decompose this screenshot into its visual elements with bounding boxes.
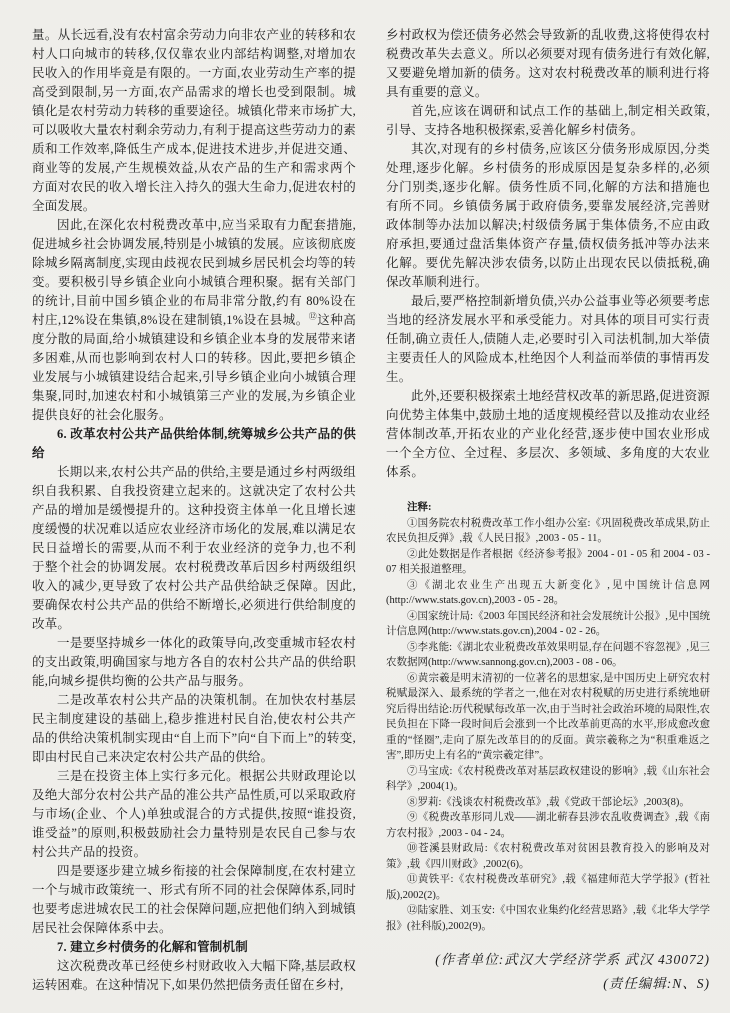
article-footer: (作者单位:武汉大学经济学系 武汉 430072) (责任编辑:N、S) <box>386 948 710 996</box>
notes-heading: 注释: <box>386 500 710 516</box>
paragraph: 三是在投资主体上实行多元化。根据公共财政理论以及绝大部分农村公共产品的准公共产品… <box>32 767 356 862</box>
note-item-5: ⑤李兆能:《湖北农业税费改革效果明显,存在问题不容忽视》,见三农数据网(http… <box>386 640 710 671</box>
note-item-1: ①国务院农村税费改革工作小组办公室:《巩固税费改革成果,防止农民负担反弹》,载《… <box>386 516 710 547</box>
note-item-12: ⑫陆家胜、刘玉安:《中国农业集约化经营思路》,载《北华大学学报》(社科版),20… <box>386 903 710 934</box>
note-item-10: ⑩苍溪县财政局:《农村税费改革对贫困县教育投入的影响及对策》,载《四川财政》,2… <box>386 841 710 872</box>
note-item-7: ⑦马宝成:《农村税费改革对基层政权建设的影响》,载《山东社会科学》,2004(1… <box>386 764 710 795</box>
note-item-2: ②此处数据是作者根据《经济参考报》2004 - 01 - 05 和 2004 -… <box>386 547 710 578</box>
editor-note: (责任编辑:N、S) <box>386 972 710 996</box>
scanned-paper-page: 量。从长远看,没有农村富余劳动力向非农产业的转移和农村人口向城市的转移,仅仅靠农… <box>0 0 730 1013</box>
paragraph: 最后,要严格控制新增负债,兴办公益事业等必须要考虑当地的经济发展水平和承受能力。… <box>386 292 710 387</box>
author-affiliation: (作者单位:武汉大学经济学系 武汉 430072) <box>386 948 710 972</box>
paragraph: 此外,还要积极探索土地经营权改革的新思路,促进资源向优势主体集中,鼓励土地的适度… <box>386 387 710 482</box>
footnote-ref-12: ⑫ <box>309 312 318 321</box>
paragraph: 二是改革农村公共产品的决策机制。在加快农村基层民主制度建设的基础上,稳步推进村民… <box>32 691 356 767</box>
notes-section: 注释: ①国务院农村税费改革工作小组办公室:《巩固税费改革成果,防止农民负担反弹… <box>386 500 710 934</box>
paragraph: 四是要逐步建立城乡衔接的社会保障制度,在农村建立一个与城市政策统一、形式有所不同… <box>32 862 356 938</box>
paragraph: 长期以来,农村公共产品的供给,主要是通过乡村两级组织自我积累、自我投资建立起来的… <box>32 463 356 634</box>
right-column: 乡村政权为偿还债务必然会导致新的乱收费,这将使得农村税费改革失去意义。所以必须要… <box>386 26 710 996</box>
paragraph: 一是要坚持城乡一体化的政策导向,改变重城市轻农村的支出政策,明确国家与地方各自的… <box>32 634 356 691</box>
paragraph: 其次,对现有的乡村债务,应该区分债务形成原因,分类处理,逐步化解。乡村债务的形成… <box>386 140 710 292</box>
left-column: 量。从长远看,没有农村富余劳动力向非农产业的转移和农村人口向城市的转移,仅仅靠农… <box>32 26 356 996</box>
paragraph-continuation: 量。从长远看,没有农村富余劳动力向非农产业的转移和农村人口向城市的转移,仅仅靠农… <box>32 26 356 216</box>
note-item-11: ⑪黄铁平:《农村税费改革研究》,载《福建师范大学学报》(哲社版),2002(2)… <box>386 872 710 903</box>
note-item-3: ③《湖北农业生产出现五大新变化》,见中国统计信息网(http://www.sta… <box>386 578 710 609</box>
two-column-layout: 量。从长远看,没有农村富余劳动力向非农产业的转移和农村人口向城市的转移,仅仅靠农… <box>0 0 730 996</box>
paragraph-continuation: 乡村政权为偿还债务必然会导致新的乱收费,这将使得农村税费改革失去意义。所以必须要… <box>386 26 710 102</box>
paragraph-text: 因此,在深化农村税费改革中,应当采取有力配套措施,促进城乡社会协调发展,特别是小… <box>32 218 356 327</box>
note-item-9: ⑨《税费改革形同儿戏——湖北蕲春县涉农乱收费调查》,载《南方农村报》,2003 … <box>386 810 710 841</box>
note-item-4: ④国家统计局:《2003 年国民经济和社会发展统计公报》,见中国统计信息网(ht… <box>386 609 710 640</box>
paragraph: 首先,应该在调研和试点工作的基础上,制定相关政策,引导、支持各地积极探索,妥善化… <box>386 102 710 140</box>
note-item-8: ⑧罗莉:《浅谈农村税费改革》,载《党政干部论坛》,2003(8)。 <box>386 795 710 811</box>
paragraph: 这次税费改革已经使乡村财政收入大幅下降,基层政权运转困难。在这种情况下,如果仍然… <box>32 957 356 995</box>
paragraph: 因此,在深化农村税费改革中,应当采取有力配套措施,促进城乡社会协调发展,特别是小… <box>32 216 356 425</box>
section-heading-7: 7. 建立乡村债务的化解和管制机制 <box>32 938 356 957</box>
section-heading-6: 6. 改革农村公共产品供给体制,统筹城乡公共产品的供给 <box>32 425 356 463</box>
paragraph-text: 这种高度分散的局面,给小城镇建设和乡镇企业本身的发展带来诸多困难,从而也影响到农… <box>32 313 356 422</box>
note-item-6: ⑥黄宗羲是明末清初的一位著名的思想家,是中国历史上研究农村税赋最深入、最系统的学… <box>386 671 710 764</box>
